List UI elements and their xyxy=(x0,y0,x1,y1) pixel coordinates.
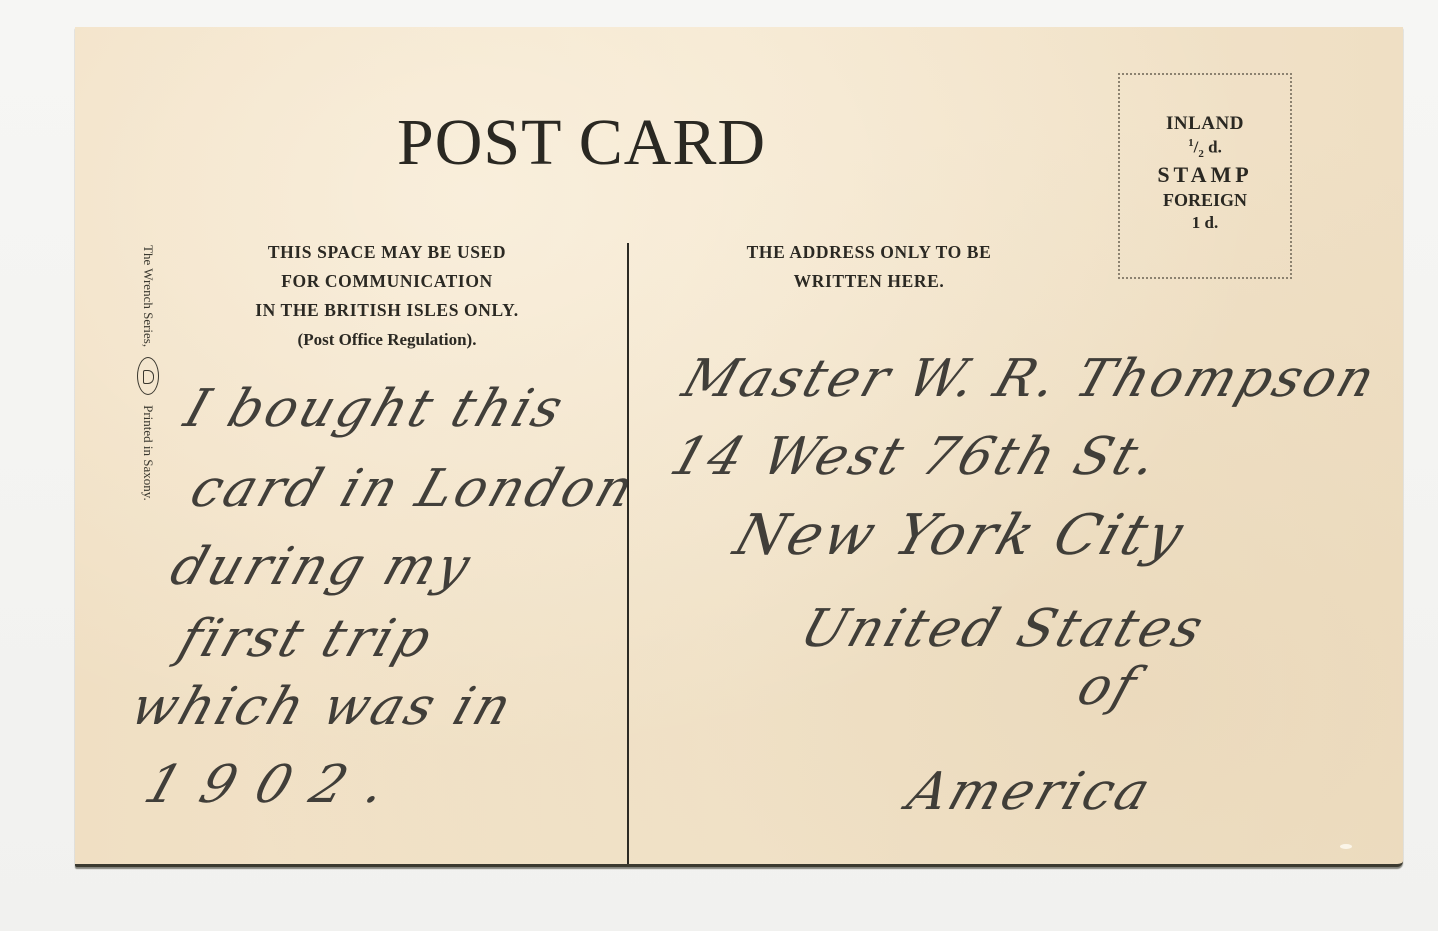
center-divider-line xyxy=(627,243,629,864)
stamp-inland-label: INLAND xyxy=(1120,113,1290,135)
address-instructions: THE ADDRESS ONLY TO BE WRITTEN HERE. xyxy=(679,238,1059,296)
message-line: first trip xyxy=(171,609,441,669)
stamp-inland-rate: 1/2 d. xyxy=(1120,137,1290,160)
message-line: card in London xyxy=(183,459,643,519)
address-line: of xyxy=(1070,657,1146,717)
instruction-line: FOR COMMUNICATION xyxy=(187,267,587,296)
instruction-line: IN THE BRITISH ISLES ONLY. xyxy=(187,296,587,325)
stamp-foreign-rate: 1 d. xyxy=(1120,213,1290,233)
publisher-name: The Wrench Series, xyxy=(140,245,156,347)
address-line: Master W. R. Thompson xyxy=(675,349,1385,409)
address-line: America xyxy=(900,762,1160,822)
address-line: 14 West 76th St. xyxy=(663,427,1167,487)
stamp-inland-unit: d. xyxy=(1204,138,1222,157)
scan-background: POST CARD INLAND 1/2 d. STAMP FOREIGN 1 … xyxy=(0,0,1438,931)
message-line: which was in xyxy=(123,677,521,737)
fraction-numerator: 1 xyxy=(1188,137,1194,149)
publisher-imprint: The Wrench Series, Printed in Saxony. xyxy=(137,245,167,685)
wrench-logo-icon xyxy=(137,357,159,395)
postcard: POST CARD INLAND 1/2 d. STAMP FOREIGN 1 … xyxy=(75,27,1403,867)
communication-instructions: THIS SPACE MAY BE USED FOR COMMUNICATION… xyxy=(187,238,587,354)
instruction-line: (Post Office Regulation). xyxy=(187,325,587,354)
address-line: New York City xyxy=(726,503,1193,568)
paper-flake xyxy=(1340,844,1352,849)
stamp-foreign-label: FOREIGN xyxy=(1120,190,1290,211)
stamp-label: STAMP xyxy=(1120,162,1290,188)
printed-in: Printed in Saxony. xyxy=(140,405,156,501)
message-line: I bought this xyxy=(177,379,573,439)
address-line: United States xyxy=(793,599,1213,659)
instruction-line: THE ADDRESS ONLY TO BE xyxy=(679,238,1059,267)
stamp-box: INLAND 1/2 d. STAMP FOREIGN 1 d. xyxy=(1118,73,1292,279)
instruction-line: WRITTEN HERE. xyxy=(679,267,1059,296)
postcard-title: POST CARD xyxy=(397,105,766,181)
instruction-line: THIS SPACE MAY BE USED xyxy=(187,238,587,267)
message-line: 1902. xyxy=(137,755,415,815)
message-line: during my xyxy=(163,537,480,597)
